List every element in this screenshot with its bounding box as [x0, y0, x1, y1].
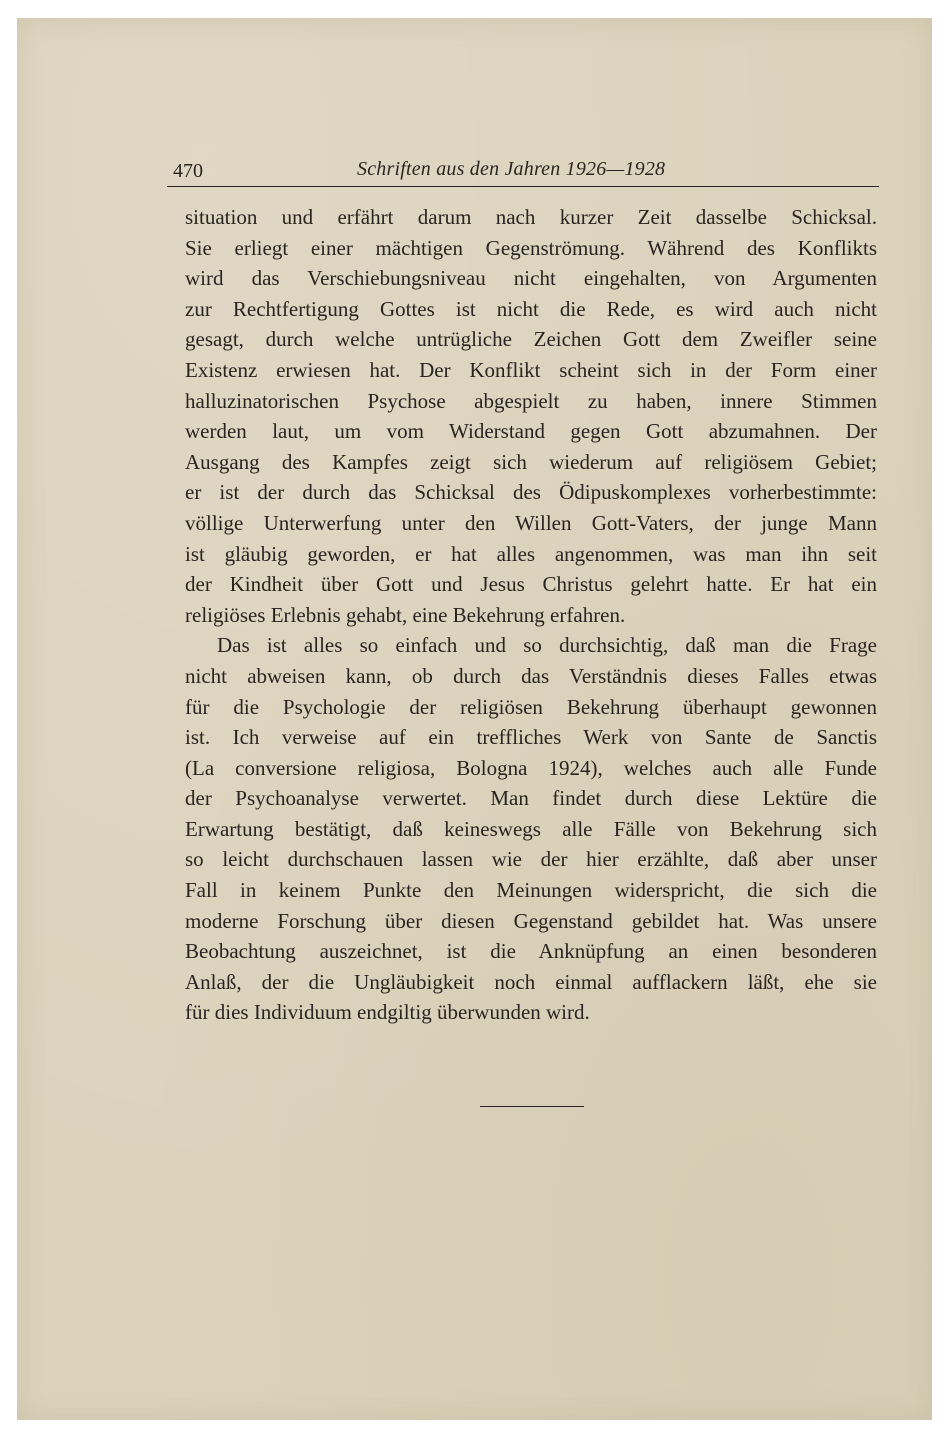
text-line: Erwartung bestätigt, daß keineswegs alle…	[185, 814, 877, 845]
text-line: der Kindheit über Gott und Jesus Christu…	[185, 569, 877, 600]
text-line: der Psychoanalyse verwertet. Man findet …	[185, 783, 877, 814]
text-line: (La conversione religiosa, Bologna 1924)…	[185, 753, 877, 784]
text-line: Das ist alles so einfach und so durchsic…	[185, 630, 877, 661]
text-line: zur Rechtfertigung Gottes ist nicht die …	[185, 294, 877, 325]
text-line: religiöses Erlebnis gehabt, eine Bekehru…	[185, 600, 877, 631]
running-head: Schriften aus den Jahren 1926—1928	[357, 158, 665, 181]
text-line: werden laut, um vom Widerstand gegen Got…	[185, 416, 877, 447]
text-line: für die Psychologie der religiösen Bekeh…	[185, 692, 877, 723]
page-header: 470 Schriften aus den Jahren 1926—1928	[167, 156, 879, 187]
text-line: Existenz erwiesen hat. Der Konflikt sche…	[185, 355, 877, 386]
text-line: Ausgang des Kampfes zeigt sich wiederum …	[185, 447, 877, 478]
text-line: so leicht durchschauen lassen wie der hi…	[185, 844, 877, 875]
text-line: wird das Verschiebungsniveau nicht einge…	[185, 263, 877, 294]
text-line: Anlaß, der die Ungläubigkeit noch einmal…	[185, 967, 877, 998]
section-end-rule	[480, 1106, 584, 1107]
text-line: halluzinatorischen Psychose abgespielt z…	[185, 386, 877, 417]
text-line: Fall in keinem Punkte den Meinungen wide…	[185, 875, 877, 906]
scanned-page: 470 Schriften aus den Jahren 1926—1928 s…	[17, 18, 932, 1420]
text-line: Beobachtung auszeichnet, ist die Anknüpf…	[185, 936, 877, 967]
text-line: Sie erliegt einer mächtigen Gegenströmun…	[185, 233, 877, 264]
text-line: für dies Individuum endgiltig überwunden…	[185, 997, 877, 1028]
text-line: nicht abweisen kann, ob durch das Verstä…	[185, 661, 877, 692]
text-line: er ist der durch das Schicksal des Ödipu…	[185, 477, 877, 508]
text-line: ist gläubig geworden, er hat alles angen…	[185, 539, 877, 570]
text-line: situation und erfährt darum nach kurzer …	[185, 202, 877, 233]
body-text: situation und erfährt darum nach kurzer …	[185, 202, 877, 1028]
text-line: völlige Unterwerfung unter den Willen Go…	[185, 508, 877, 539]
page-number: 470	[173, 160, 203, 183]
text-line: moderne Forschung über diesen Gegenstand…	[185, 906, 877, 937]
text-line: ist. Ich verweise auf ein treffliches We…	[185, 722, 877, 753]
text-line: gesagt, durch welche untrügliche Zeichen…	[185, 324, 877, 355]
